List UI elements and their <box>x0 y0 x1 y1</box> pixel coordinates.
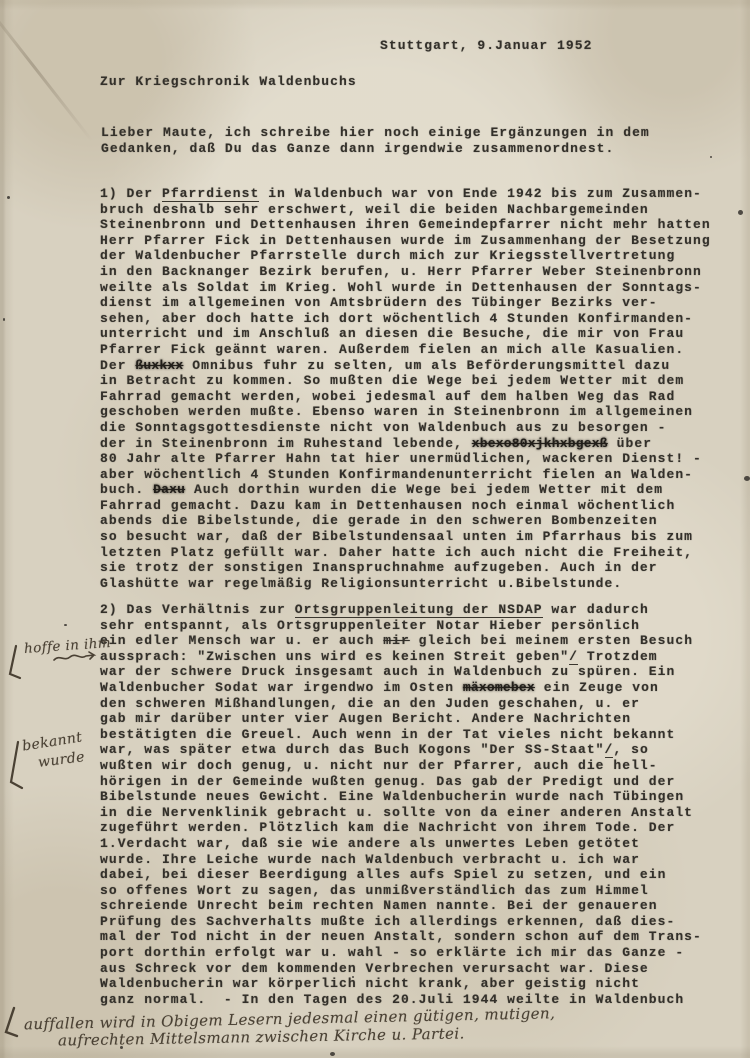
typed-line: Bibelstunde neues Gewicht. Eine Waldenbu… <box>100 789 702 805</box>
ink-speck <box>120 1046 123 1049</box>
typed-line: war der schwere Druck insgesamt auch in … <box>100 664 702 680</box>
typed-line: so offenes Wort zu sagen, das unmißverst… <box>100 883 702 899</box>
typed-line: buch. Daxu Auch dorthin wurden die Wege … <box>100 482 711 498</box>
typed-line: aus Schreck vor dem kommenden Verbrechen… <box>100 961 702 977</box>
typed-line: bestätigten die Greuel. Auch wenn in der… <box>100 727 702 743</box>
paragraph-1: 1) Der Pfarrdienst in Waldenbuch war von… <box>100 186 711 591</box>
ink-speck <box>710 156 712 158</box>
typed-line: dabei, bei dieser Beerdigung alles aufs … <box>100 867 702 883</box>
typed-line: Waldenbucher Sodat war irgendwo im Osten… <box>100 680 702 696</box>
typed-line: in Betracht zu kommen. So mußten die Weg… <box>100 373 711 389</box>
typed-line: sie trotz der sonstigen Inanspruchnahme … <box>100 560 711 576</box>
subject-line: Zur Kriegschronik Waldenbuchs <box>100 74 357 90</box>
typed-line: hörigen in der Gemeinde wußten genug. Da… <box>100 774 702 790</box>
typed-line: Waldenbucherin war körperlich nicht kran… <box>100 976 702 992</box>
margin-bracket-icon <box>6 740 22 792</box>
typed-line: unterricht und im Anschluß an diesen die… <box>100 326 711 342</box>
typed-line: wußten wir doch genug, u. nicht nur der … <box>100 758 702 774</box>
typed-line: Prüfung des Sachverhalts mußte ich aller… <box>100 914 702 930</box>
typed-line: war, was später etwa durch das Buch Kogo… <box>100 742 702 758</box>
typed-line: abends die Bibelstunde, die gerade in de… <box>100 513 711 529</box>
ink-speck <box>738 210 743 215</box>
typed-line: den schweren Mißhandlungen, die an den J… <box>100 696 702 712</box>
typed-line: die Sonntagsgottesdienste nicht von Wald… <box>100 420 711 436</box>
typed-line: geschoben werden mußte. Ebenso waren in … <box>100 404 711 420</box>
typed-line: Glashütte war regelmäßig Religionsunterr… <box>100 576 711 592</box>
dateline: Stuttgart, 9.Januar 1952 <box>380 38 592 54</box>
ink-speck <box>330 1052 335 1056</box>
ink-speck <box>744 476 750 481</box>
ink-speck <box>64 624 67 626</box>
typed-line: schreiende Unrecht beim rechten Namen na… <box>100 898 702 914</box>
bottom-swash-icon <box>2 1006 18 1040</box>
typed-line: aussprach: "Zwischen uns wird es keinen … <box>100 649 702 665</box>
typed-line: weilte als Soldat im Krieg. Wohl wurde i… <box>100 280 711 296</box>
typed-line: in die Nervenklinik gebracht u. sollte v… <box>100 805 702 821</box>
typed-line: der Waldenbucher Pfarrstelle durch mich … <box>100 248 711 264</box>
typed-line: aber wöchentlich 4 Stunden Konfirmandenu… <box>100 467 711 483</box>
typed-line: port dorthin erfolgt war u. wahl - so er… <box>100 945 702 961</box>
margin-annotation-2-line2: wurde <box>37 749 86 771</box>
typed-line: 2) Das Verhältnis zur Ortsgruppenleitung… <box>100 602 702 618</box>
typed-line: Der ßuxkxx Omnibus fuhr zu selten, um al… <box>100 358 711 374</box>
typed-line: 80 Jahr alte Pfarrer Hahn tat hier unerm… <box>100 451 711 467</box>
typed-line: letzten Platz gefüllt war. Daher hatte i… <box>100 545 711 561</box>
typed-line: der in Steinenbronn im Ruhestand lebende… <box>100 436 711 452</box>
typed-line: bruch deshalb sehr erschwert, weil die b… <box>100 202 711 218</box>
typed-line: sehen, aber doch hatte ich dort wöchentl… <box>100 311 711 327</box>
typed-line: wurde. Ihre Leiche wurde nach Waldenbuch… <box>100 852 702 868</box>
typed-line: Fahrrad gemacht. Dazu kam in Dettenhause… <box>100 498 711 514</box>
letter-page: Stuttgart, 9.Januar 1952 Zur Kriegschron… <box>0 0 750 1058</box>
typed-line: in den Backnanger Bezirk berufen, u. Her… <box>100 264 711 280</box>
typed-line: zugeführt werden. Plötzlich kam die Nach… <box>100 820 702 836</box>
typed-line: Steinenbronn und Dettenhausen ihren Geme… <box>100 217 711 233</box>
ink-speck <box>352 976 354 978</box>
margin-bracket-icon <box>6 644 22 684</box>
typed-line: so besucht war, daß der Bibelstundensaal… <box>100 529 711 545</box>
margin-squiggle-arrow-icon <box>52 650 98 664</box>
typed-line: gab mir darüber unter vier Augen Bericht… <box>100 711 702 727</box>
paper-crease <box>0 0 93 142</box>
ink-speck <box>7 196 10 199</box>
typed-line: 1) Der Pfarrdienst in Waldenbuch war von… <box>100 186 711 202</box>
typed-line: sehr entspannt, als Ortsgruppenleiter No… <box>100 618 702 634</box>
paragraph-2: 2) Das Verhältnis zur Ortsgruppenleitung… <box>100 602 702 1007</box>
greeting: Lieber Maute, ich schreibe hier noch ein… <box>101 125 650 156</box>
typed-line: Herr Pfarrer Fick in Dettenhausen wurde … <box>100 233 711 249</box>
typed-line: ein edler Mensch war u. er auch mir glei… <box>100 633 702 649</box>
typed-line: mal der Tod nicht in der neuen Anstalt, … <box>100 929 702 945</box>
typed-line: dienst im allgemeinen von Amtsbrüdern de… <box>100 295 711 311</box>
typed-line: 1.Verdacht war, daß sie wie andere als u… <box>100 836 702 852</box>
ink-speck <box>3 318 5 321</box>
typed-line: Fahrrad gemacht werden, wobei jedesmal a… <box>100 389 711 405</box>
typed-line: Pfarrer Fick geännt waren. Außerdem fiel… <box>100 342 711 358</box>
